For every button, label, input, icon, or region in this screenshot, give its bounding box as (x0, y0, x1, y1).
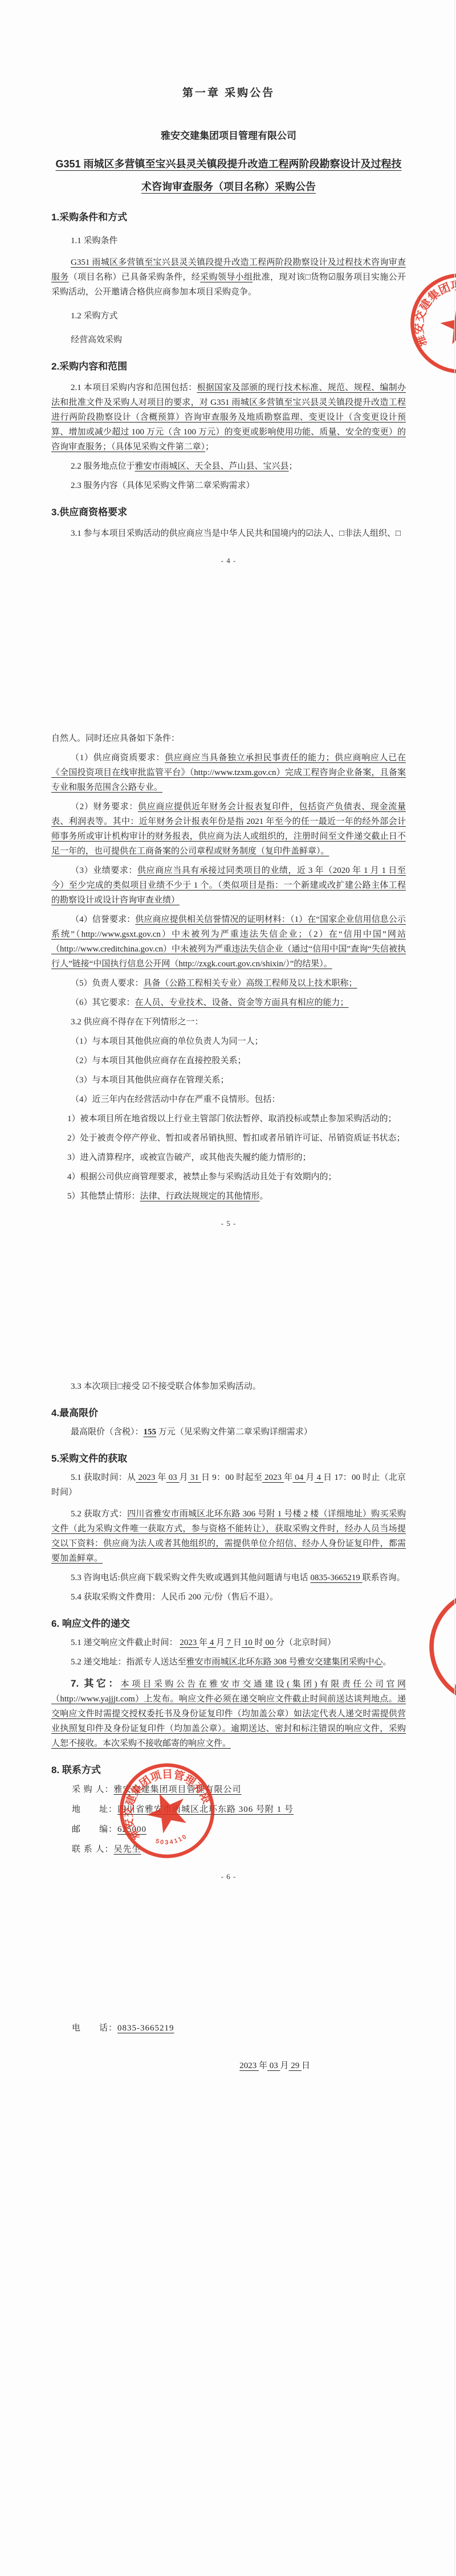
requirement-1-qualification: （1）供应商资质要求：供应商应当具备独立承担民事责任的能力；供应商响应人已在《全… (51, 750, 406, 795)
prohibited-4-1: 1）被本项目所在地省级以上行业主管部门依法暂停、取消投标或禁止参加采购活动的； (51, 1111, 406, 1126)
price-cap: 最高限价（含税）：155 万元（见采购文件第二章采购详细需求） (51, 1425, 406, 1439)
purchaser-company-name: 雅安交建集团项目管理有限公司 (51, 129, 406, 143)
page-number-4: - 4 - (51, 553, 406, 568)
clause-5-1-time: 5.1 获取时间：从 2023 年 03 月 31 日 9：00 时起至 202… (51, 1470, 406, 1500)
prohibited-4-2: 2）处于被责令停产停业、暂扣或者吊销执照、暂扣或者吊销许可证、吊销资质证书状态； (51, 1131, 406, 1146)
section-1-heading: 1.采购条件和方式 (51, 211, 406, 224)
contact-address: 地 址：四川省雅安市雨城区北环东路 306 号附 1 号 (51, 1802, 406, 1817)
clause-5-2-method: 5.2 获取方式：四川省雅安市雨城区北环东路 306 号附 1 号楼 2 楼（详… (51, 1507, 406, 1566)
contact-person: 联 系 人：吴先生 (51, 1842, 406, 1857)
contact-purchaser: 采 购 人：雅安交建集团项目管理有限公司 (51, 1782, 406, 1797)
company-seal-icon: 雅安交建集团项目管理有限公司 (402, 1562, 456, 1732)
submission-deadline: 5.1 递交响应文件截止时间： 2023 年 4 月 7 日 10 时 00 分… (51, 1635, 406, 1650)
clause-2-3: 2.3 服务内容（具体见采购文件第二章采购需求） (51, 478, 406, 493)
clause-2-2: 2.2 服务地点位于雅安市雨城区、天全县、芦山县、宝兴县； (51, 459, 406, 474)
page-number-5: - 5 - (51, 1216, 406, 1231)
clause-1-1-body: G351 雨城区多营镇至宝兴县灵关镇段提升改造工程两阶段勘察设计及过程技术咨询审… (51, 255, 406, 300)
prohibited-1: （1）与本项目其他供应商的单位负责人为同一人； (51, 1034, 406, 1049)
clause-3-1-continued: 自然人。同时还应具备如下条件： (51, 731, 406, 746)
page-6: 3.3 本次项目□接受 ☑不接受联合体参加采购活动。4.最高限价最高限价（含税）… (51, 1375, 406, 1884)
requirement-5-principal: （5）负责人要求：具备（公路工程相关专业）高级工程师及以上技术职称； (51, 976, 406, 991)
prohibited-3: （3）与本项目其他供应商存在管理关系； (51, 1073, 406, 1088)
page-5: 自然人。同时还应具备如下条件：（1）供应商资质要求：供应商应当具备独立承担民事责… (51, 731, 406, 1231)
clause-1-1-heading: 1.1 采购条件 (51, 233, 406, 248)
clause-3-1: 3.1 参与本项目采购活动的供应商应当是中华人民共和国境内的☑法人、□非法人组织… (51, 526, 406, 541)
clause-5-4-fee: 5.4 获取采购文件费用：人民币 200 元/份（售后不退）。 (51, 1590, 406, 1605)
section-5-heading: 5.采购文件的获取 (51, 1452, 406, 1466)
page-number-6: - 6 - (51, 1869, 406, 1884)
requirement-3-performance: （3）业绩要求：供应商应当具有承接过同类项目的业绩，近 3 年（2020 年 1… (51, 863, 406, 908)
clause-3-3: 3.3 本次项目□接受 ☑不接受联合体参加采购活动。 (51, 1379, 406, 1394)
requirement-6-other: （6）其它要求：在人员、专业技术、设备、资金等方面具有相应的能力； (51, 995, 406, 1010)
prohibited-4-5: 5）其他禁止情形：法律、行政法规规定的其他情形。 (51, 1189, 406, 1204)
page-4: 第一章 采购公告雅安交建集团项目管理有限公司G351 雨城区多营镇至宝兴县灵关镇… (51, 85, 406, 568)
submission-address: 5.2 递交地址：指派专人送达至雅安市雨城区北环东路 308 号雅安交建集团采购… (51, 1655, 406, 1670)
section-3-heading: 3.供应商资格要求 (51, 506, 406, 519)
page-7: 电 话：0835-3665219 2023 年 03 月 29 日 (51, 2016, 406, 2073)
section-8-heading: 8. 联系方式 (51, 1763, 406, 1777)
prohibited-4-4: 4）根据公司供应商管理要求，被禁止参与采购活动且处于有效期内的； (51, 1170, 406, 1184)
clause-2-1: 2.1 本项目采购内容和范围包括：根据国家及部颁的现行技术标准、规范、规程、编制… (51, 380, 406, 454)
announcement-title: G351 雨城区多营镇至宝兴县灵关镇段提升改造工程两阶段勘察设计及过程技术咨询审… (51, 153, 406, 198)
section-6-heading: 6. 响应文件的递交 (51, 1617, 406, 1631)
contact-postcode: 邮 编：625000 (51, 1822, 406, 1837)
section-4-heading: 4.最高限价 (51, 1406, 406, 1420)
clause-5-3-phone: 5.3 咨询电话:供应商下载采购文件失败或遇到其他问题请与电话 0835-366… (51, 1570, 406, 1585)
chapter-title: 第一章 采购公告 (51, 85, 406, 101)
clause-1-2-body: 经营高效采购 (51, 333, 406, 347)
prohibited-4: （4）近三年内在经营活动中存在严重不良情形。包括： (51, 1092, 406, 1107)
prohibited-4-3: 3）进入清算程序，或被宣告破产，或其他丧失履约能力情形的； (51, 1150, 406, 1165)
requirement-4-credit: （4）信誉要求：供应商应提供相关信誉情况的证明材料：（1）在“国家企业信用信息公… (51, 912, 406, 971)
section-7-other: 7. 其它：本项目采购公告在雅安市交通建设(集团)有限责任公司官网（http:/… (51, 1676, 406, 1751)
contact-phone: 电 话：0835-3665219 (51, 2021, 406, 2036)
requirement-2-finance: （2）财务要求：供应商应提供近年财务会计报表复印件，包括资产负债表、现金流量表、… (51, 799, 406, 859)
announcement-date: 2023 年 03 月 29 日 (51, 2058, 406, 2073)
svg-text:雅安交建集团项目管理有限公司: 雅安交建集团项目管理有限公司 (445, 1577, 456, 1732)
prohibited-2: （2）与本项目其他供应商存在直接控股关系； (51, 1053, 406, 1068)
clause-1-2-heading: 1.2 采购方式 (51, 309, 406, 323)
clause-3-2-heading: 3.2 供应商不得存在下列情形之一： (51, 1015, 406, 1029)
section-2-heading: 2.采购内容和范围 (51, 360, 406, 374)
scanned-document: 第一章 采购公告雅安交建集团项目管理有限公司G351 雨城区多营镇至宝兴县灵关镇… (0, 0, 456, 2576)
